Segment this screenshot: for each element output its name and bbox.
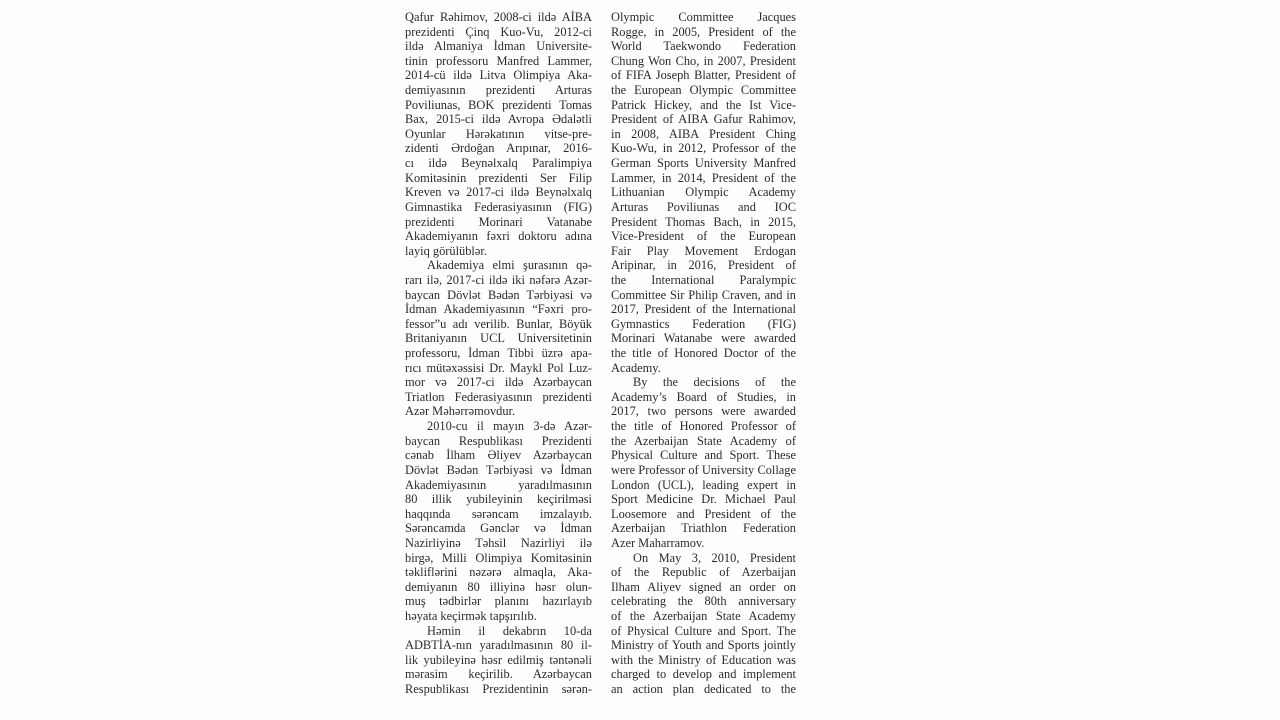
text-line: fessor”u adı verilib. Bunlar, Böyük xyxy=(405,317,592,332)
text-line: the title of Honored Doctor of the xyxy=(611,346,796,361)
text-line: Nazirliyinə Təhsil Nazirliyi ilə xyxy=(405,536,592,551)
text-line: Sərəncamda Gənclər və İdman xyxy=(405,521,592,536)
text-line: Lammer, in 2014, President of the xyxy=(611,171,796,186)
text-line: layiq görülüblər. xyxy=(405,244,592,259)
text-line: Akademiyanın fəxri doktoru adına xyxy=(405,229,592,244)
text-line: birgə, Milli Olimpiya Komitəsinin xyxy=(405,551,592,566)
text-line: rarı ilə, 2017-ci ildə iki nəfərə Azər- xyxy=(405,273,592,288)
text-line: the Azerbaijan State Academy of xyxy=(611,434,796,449)
text-line: Gimnastika Federasiyasının (FIG) xyxy=(405,200,592,215)
text-line: prezidenti Morinari Vatanabe xyxy=(405,215,592,230)
text-line: ildə Almaniya İdman Universite- xyxy=(405,39,592,54)
text-line: Olympic Committee Jacques xyxy=(611,10,796,25)
text-line: cı ildə Beynəlxalq Paralimpiya xyxy=(405,156,592,171)
text-line: 2017, two persons were awarded xyxy=(611,404,796,419)
right-column-english-text: Olympic Committee JacquesRogge, in 2005,… xyxy=(611,10,796,697)
text-line: Həmin il dekabrın 10-da xyxy=(405,624,592,639)
text-line: Ilham Aliyev signed an order on xyxy=(611,580,796,595)
text-line: İdman Akademiyasının “Fəxri pro- xyxy=(405,302,592,317)
text-line: 2010-cu il mayın 3-də Azər- xyxy=(405,419,592,434)
text-line: baycan Respublikası Prezidenti xyxy=(405,434,592,449)
text-line: of the Azerbaijan State Academy xyxy=(611,609,796,624)
text-line: Triatlon Federasiyasının prezidenti xyxy=(405,390,592,405)
text-line: mərasim keçirilib. Azərbaycan xyxy=(405,667,592,682)
text-line: zidenti Ərdoğan Arıpınar, 2016- xyxy=(405,141,592,156)
text-line: prezidenti Çinq Kuo-Vu, 2012-ci xyxy=(405,25,592,40)
text-line: Academy’s Board of Studies, in xyxy=(611,390,796,405)
text-line: rıcı mütəxəssisi Dr. Maykl Pol Luz- xyxy=(405,361,592,376)
text-line: Kreven və 2017-ci ildə Beynəlxalq xyxy=(405,185,592,200)
text-line: World Taekwondo Federation xyxy=(611,39,796,54)
text-line: demiyasının prezidenti Arturas xyxy=(405,83,592,98)
text-line: Dövlət Bədən Tərbiyəsi və İdman xyxy=(405,463,592,478)
text-line: Akademiya elmi şurasının qə- xyxy=(405,258,592,273)
text-line: celebrating the 80th anniversary xyxy=(611,594,796,609)
text-line: professoru, İdman Tibbi üzrə apa- xyxy=(405,346,592,361)
text-line: lik yubileyinə həsr edilmiş təntənəli xyxy=(405,653,592,668)
text-line: Academy. xyxy=(611,361,796,376)
text-line: Vice-President of the European xyxy=(611,229,796,244)
text-line: cənab İlham Əliyev Azərbaycan xyxy=(405,448,592,463)
text-line: Respublikası Prezidentinin sərən- xyxy=(405,682,592,697)
text-line: Qafur Rəhimov, 2008-ci ildə AİBA xyxy=(405,10,592,25)
text-line: Poviliunas, BOK prezidenti Tomas xyxy=(405,98,592,113)
text-line: baycan Dövlət Bədən Tərbiyəsi və xyxy=(405,288,592,303)
text-line: Azər Məhərrəmovdur. xyxy=(405,404,592,419)
text-line: Azerbaijan Triathlon Federation xyxy=(611,521,796,536)
text-line: charged to develop and implement xyxy=(611,667,796,682)
left-column-azerbaijani-text: Qafur Rəhimov, 2008-ci ildə AİBApreziden… xyxy=(405,10,592,697)
text-line: Akademiyasının yaradılmasının xyxy=(405,478,592,493)
text-line: Arturas Poviliunas and IOC xyxy=(611,200,796,215)
text-line: President Thomas Bach, in 2015, xyxy=(611,215,796,230)
text-line: of FIFA Joseph Blatter, President of xyxy=(611,68,796,83)
text-line: By the decisions of the xyxy=(611,375,796,390)
text-line: 2017, President of the International xyxy=(611,302,796,317)
text-line: Bax, 2015-ci ildə Avropa Ədalətli xyxy=(405,112,592,127)
text-line: Aripinar, in 2016, President of xyxy=(611,258,796,273)
text-line: Kuo-Wu, in 2012, Professor of the xyxy=(611,141,796,156)
text-line: with the Ministry of Education was xyxy=(611,653,796,668)
text-line: of Physical Culture and Sport. The xyxy=(611,624,796,639)
text-line: Rogge, in 2005, President of the xyxy=(611,25,796,40)
text-line: Loosemore and President of the xyxy=(611,507,796,522)
text-line: Azer Maharramov. xyxy=(611,536,796,551)
text-line: həyata keçirmək tapşırılıb. xyxy=(405,609,592,624)
text-line: ADBTİA-nın yaradılmasının 80 il- xyxy=(405,638,592,653)
text-line: On May 3, 2010, President xyxy=(611,551,796,566)
text-line: tinin professoru Manfred Lammer, xyxy=(405,54,592,69)
text-line: Komitəsinin prezidenti Ser Filip xyxy=(405,171,592,186)
text-line: the European Olympic Committee xyxy=(611,83,796,98)
text-line: mor və 2017-ci ildə Azərbaycan xyxy=(405,375,592,390)
text-line: muş tədbirlər planını hazırlayıb xyxy=(405,594,592,609)
document-page: Qafur Rəhimov, 2008-ci ildə AİBApreziden… xyxy=(0,0,1280,720)
text-line: were Professor of University Collage xyxy=(611,463,796,478)
text-line: the International Paralympic xyxy=(611,273,796,288)
text-line: 2014-cü ildə Litva Olimpiya Aka- xyxy=(405,68,592,83)
text-line: Ministry of Youth and Sports jointly xyxy=(611,638,796,653)
text-line: Gymnastics Federation (FIG) xyxy=(611,317,796,332)
text-line: London (UCL), leading expert in xyxy=(611,478,796,493)
text-line: haqqında sərəncam imzalayıb. xyxy=(405,507,592,522)
text-line: təkliflərini nəzərə almaqla, Aka- xyxy=(405,565,592,580)
text-line: Committee Sir Philip Craven, and in xyxy=(611,288,796,303)
text-line: Lithuanian Olympic Academy xyxy=(611,185,796,200)
text-line: Britaniyanın UCL Universitetinin xyxy=(405,331,592,346)
text-line: 80 illik yubileyinin keçirilməsi xyxy=(405,492,592,507)
text-line: the title of Honored Professor of xyxy=(611,419,796,434)
text-line: Morinari Watanabe were awarded xyxy=(611,331,796,346)
text-line: an action plan dedicated to the xyxy=(611,682,796,697)
text-line: Oyunlar Hərəkatının vitse-pre- xyxy=(405,127,592,142)
text-line: demiyanın 80 illiyinə həsr olun- xyxy=(405,580,592,595)
text-line: Chung Won Cho, in 2007, President xyxy=(611,54,796,69)
text-line: Sport Medicine Dr. Michael Paul xyxy=(611,492,796,507)
text-line: Fair Play Movement Erdogan xyxy=(611,244,796,259)
text-line: Physical Culture and Sport. These xyxy=(611,448,796,463)
text-line: German Sports University Manfred xyxy=(611,156,796,171)
text-line: of the Republic of Azerbaijan xyxy=(611,565,796,580)
text-line: in 2008, AIBA President Ching xyxy=(611,127,796,142)
text-line: Patrick Hickey, and the Ist Vice- xyxy=(611,98,796,113)
text-line: President of AIBA Gafur Rahimov, xyxy=(611,112,796,127)
